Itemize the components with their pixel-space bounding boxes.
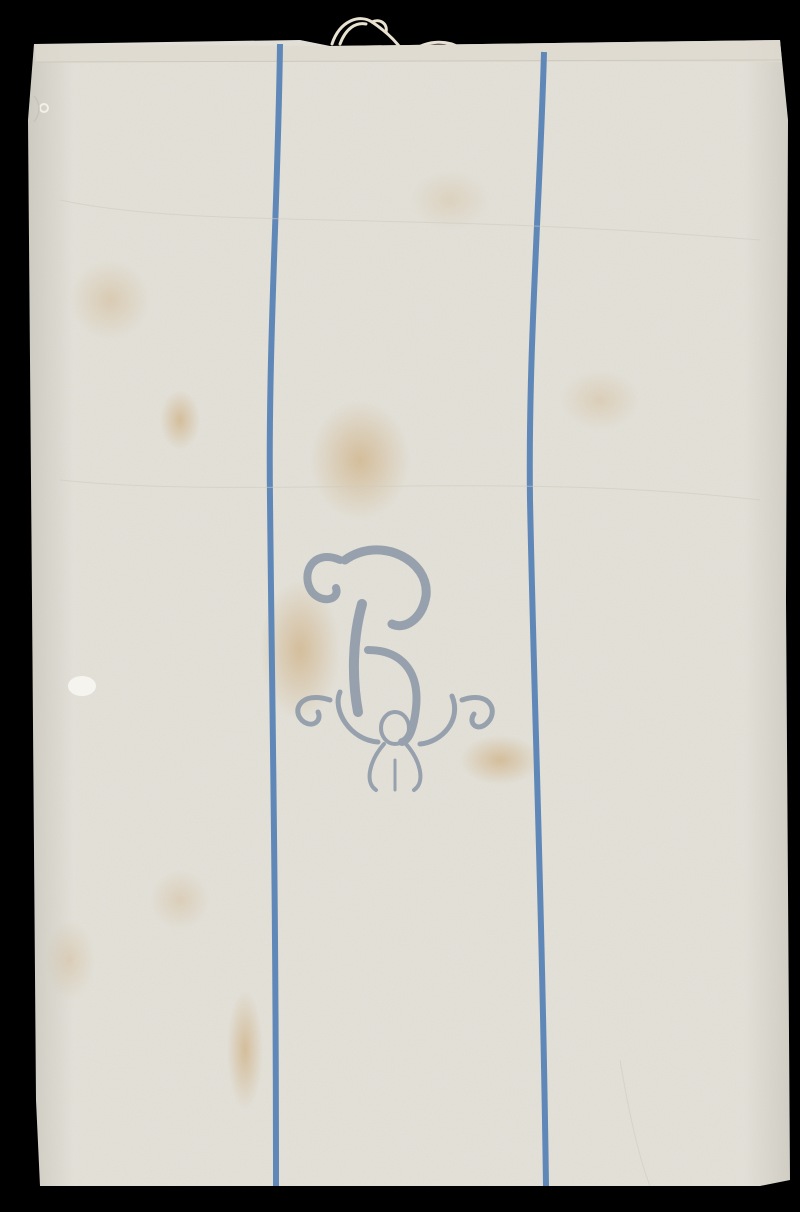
photo-stage: Antique linen sack with two blue stripes… xyxy=(0,0,800,1212)
linen-sack-illustration xyxy=(0,0,800,1212)
